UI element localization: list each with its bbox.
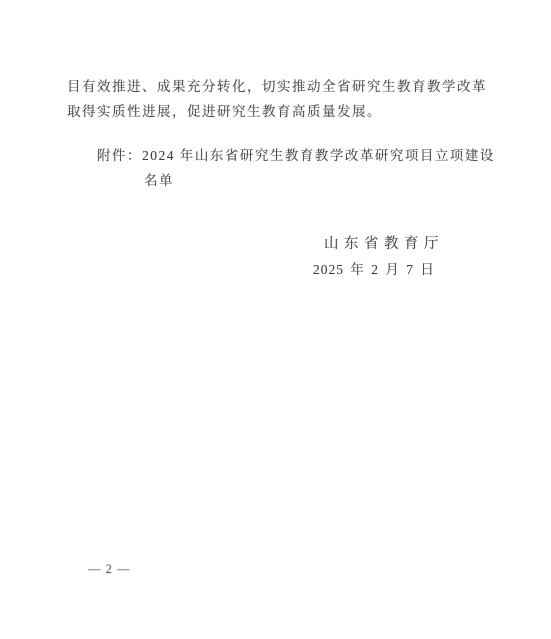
signature-date: 2025 年 2 月 7 日: [313, 262, 435, 278]
document-page: 目有效推进、成果充分转化，切实推动全省研究生教育教学改革 取得实质性进展，促进研…: [0, 0, 551, 639]
attachment-label: 附件：: [97, 148, 142, 163]
body-paragraph-line-2: 取得实质性进展，促进研究生教育高质量发展。: [67, 99, 487, 124]
page-number: — 2 —: [88, 562, 131, 576]
body-paragraph: 目有效推进、成果充分转化，切实推动全省研究生教育教学改革 取得实质性进展，促进研…: [67, 74, 487, 124]
attachment-title-line-1: 2024 年山东省研究生教育教学改革研究项目立项建设: [142, 148, 495, 163]
attachment-line-1: 附件：2024 年山东省研究生教育教学改革研究项目立项建设: [97, 143, 495, 168]
attachment-reference: 附件：2024 年山东省研究生教育教学改革研究项目立项建设 名单: [97, 143, 495, 193]
attachment-title-line-2: 名单: [144, 168, 495, 193]
body-paragraph-line-1: 目有效推进、成果充分转化，切实推动全省研究生教育教学改革: [67, 74, 487, 99]
signature-issuer: 山东省教育厅: [324, 236, 444, 253]
